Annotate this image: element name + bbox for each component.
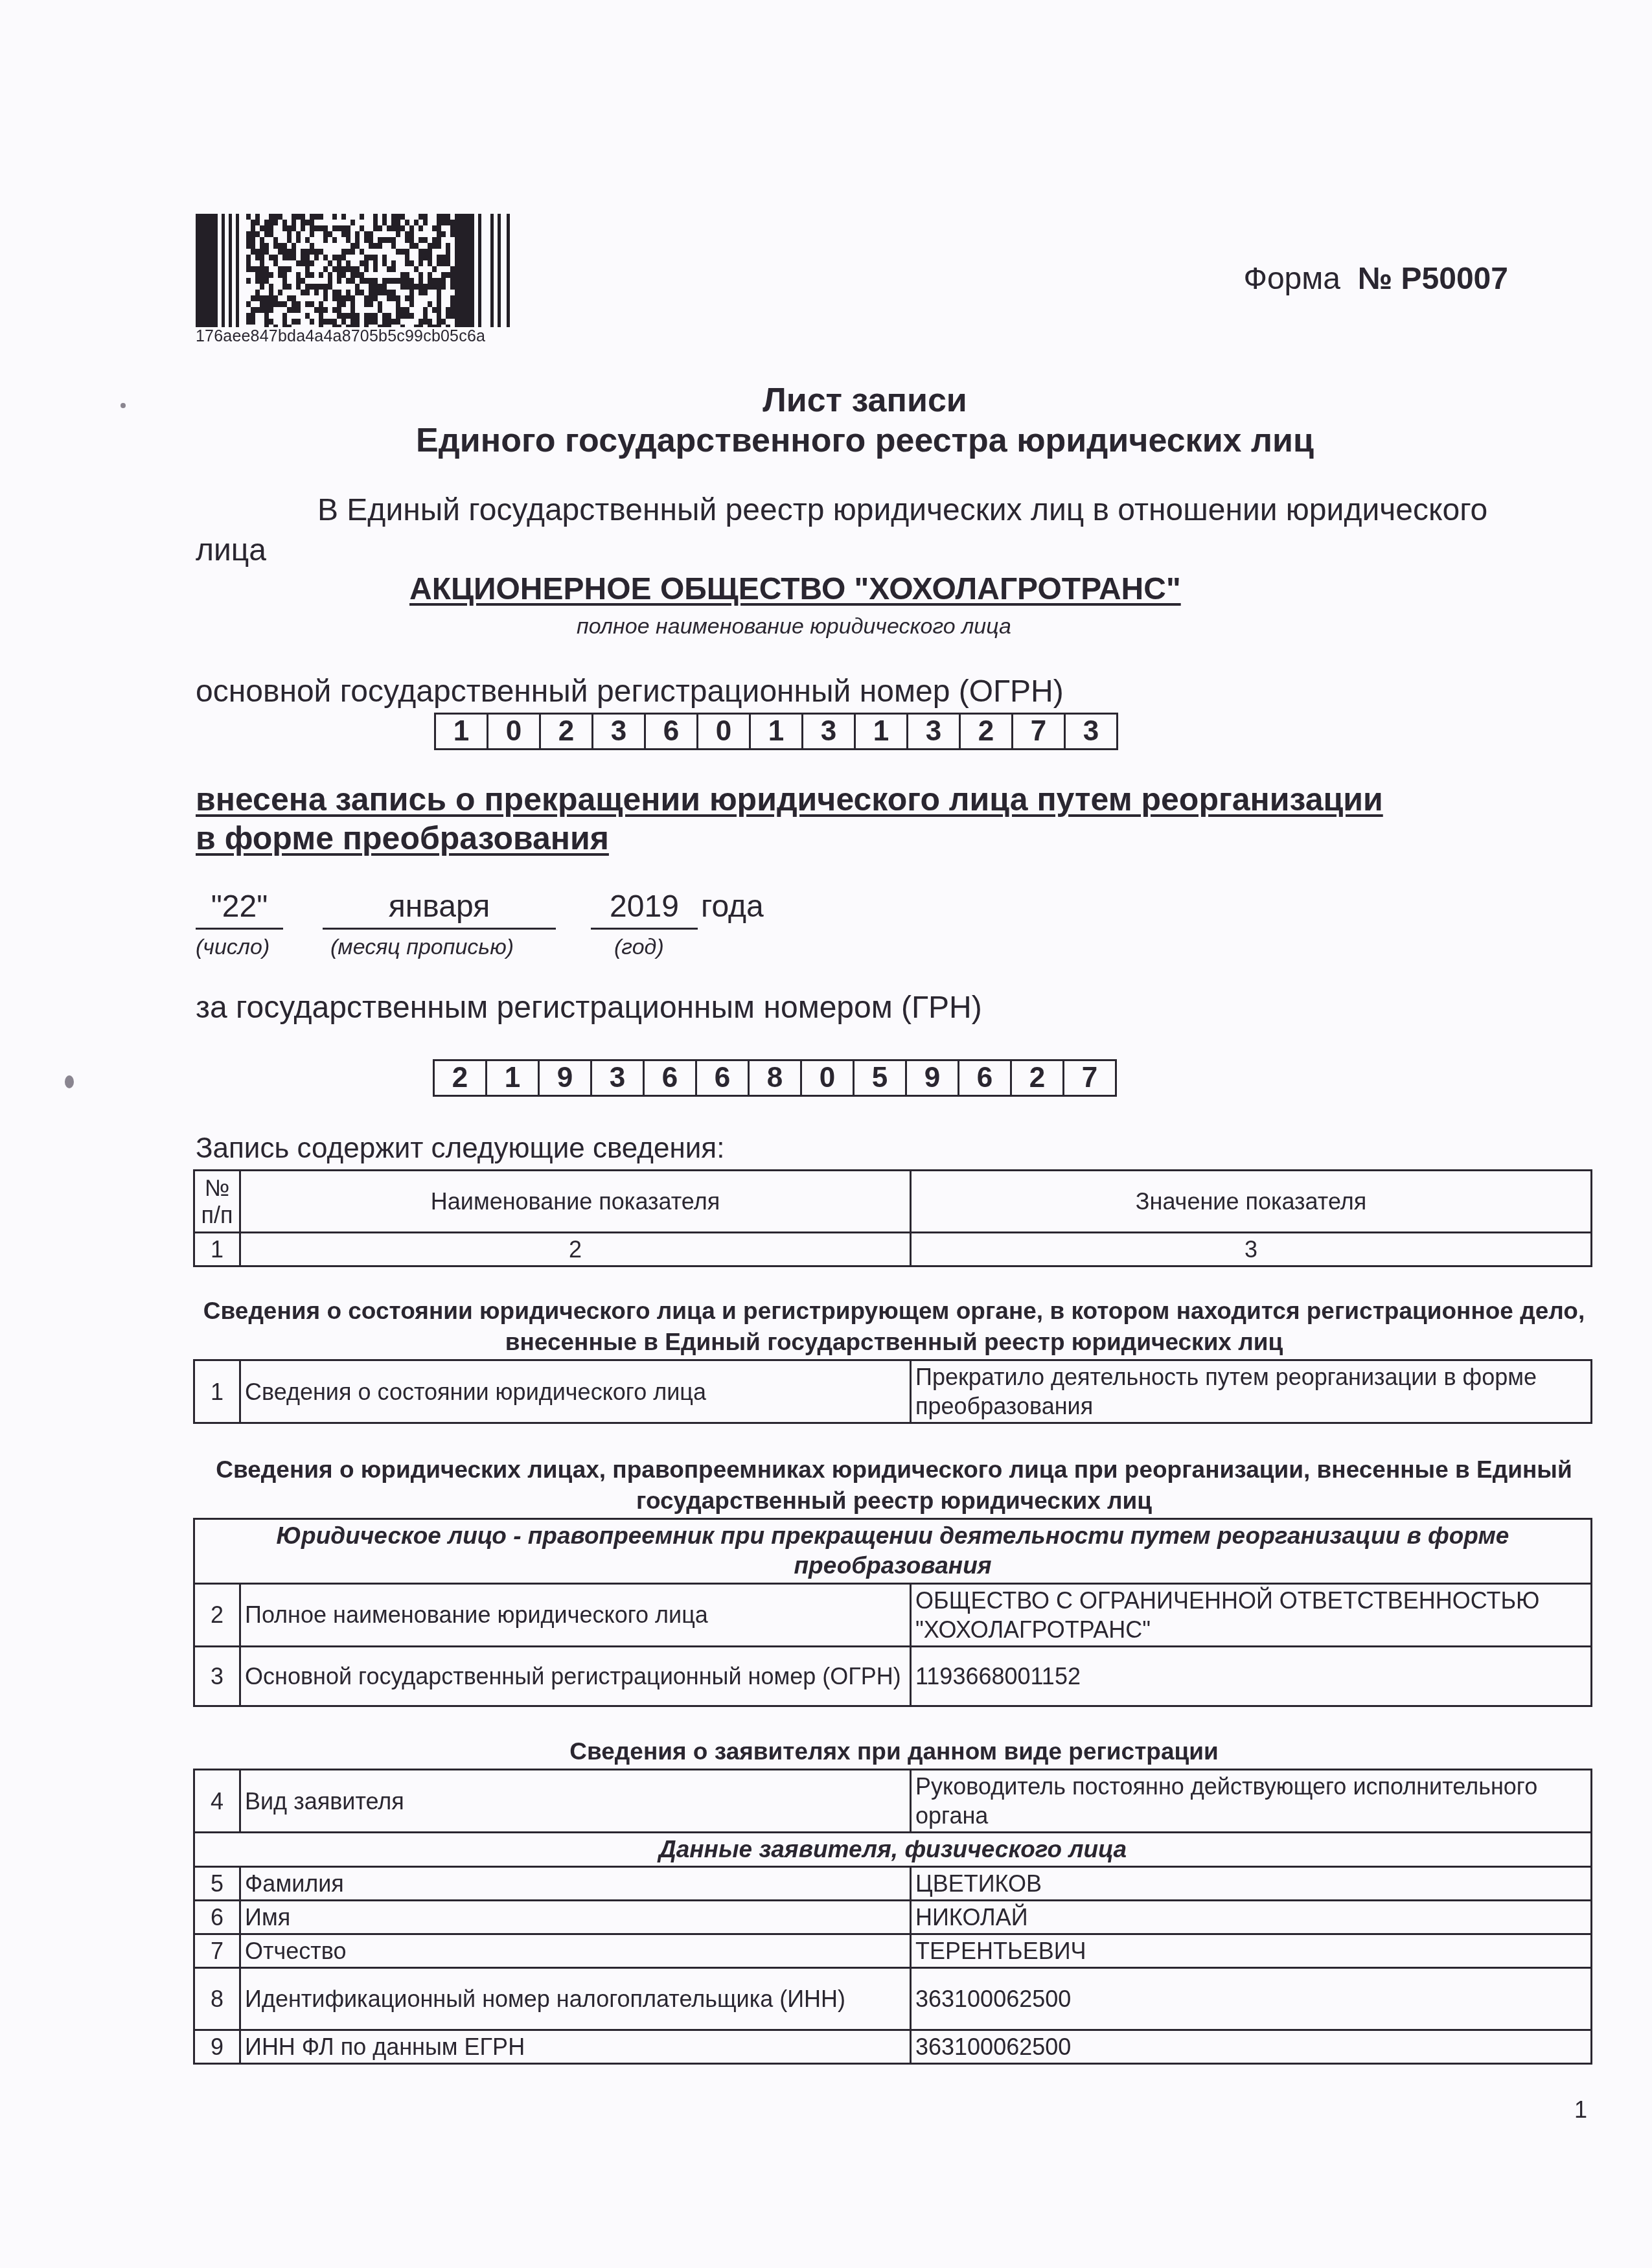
record-statement: внесена запись о прекращении юридическог… — [196, 781, 1383, 818]
grn-digit: 9 — [907, 1061, 959, 1095]
row-name: Сведения о состоянии юридического лица — [240, 1360, 911, 1423]
grn-digit: 9 — [540, 1061, 592, 1095]
table-row: 9 ИНН ФЛ по данным ЕГРН 363100062500 — [194, 2030, 1592, 2064]
table-row: 6 Имя НИКОЛАЙ — [194, 1901, 1592, 1934]
grn-digit: 5 — [855, 1061, 907, 1095]
date-month-caption: (месяц прописью) — [330, 935, 514, 960]
section-successors-table: Юридическое лицо - правопреемник при пре… — [193, 1518, 1592, 1707]
section-title-status: Сведения о состоянии юридического лица и… — [194, 1296, 1594, 1358]
header-index-2: 2 — [240, 1233, 911, 1266]
ogrn-digit: 6 — [646, 715, 698, 748]
section-status-table: 1 Сведения о состоянии юридического лица… — [193, 1359, 1592, 1424]
header-col-number: № п/п — [194, 1171, 240, 1233]
row-number: 9 — [194, 2030, 240, 2064]
grn-label: за государственным регистрационным номер… — [196, 990, 982, 1025]
record-intro: Запись содержит следующие сведения: — [196, 1132, 724, 1165]
record-statement-continued: в форме преобразования — [196, 819, 609, 857]
ogrn-digit-boxes: 1 0 2 3 6 0 1 3 1 3 2 7 3 — [434, 713, 1118, 750]
ogrn-digit: 3 — [908, 715, 961, 748]
section-applicants-table: 4 Вид заявителя Руководитель постоянно д… — [193, 1769, 1592, 2065]
table-row: 1 Сведения о состоянии юридического лица… — [194, 1360, 1592, 1423]
form-number: Форма № Р50007 — [1243, 261, 1508, 297]
applicant-subheader: Данные заявителя, физического лица — [194, 1833, 1592, 1867]
intro-text-continued: лица — [196, 533, 266, 568]
row-value: 1193668001152 — [911, 1646, 1592, 1706]
row-value: ЦВЕТИКОВ — [911, 1867, 1592, 1901]
table-row: 7 Отчество ТЕРЕНТЬЕВИЧ — [194, 1934, 1592, 1968]
row-number: 5 — [194, 1867, 240, 1901]
section-title-successors: Сведения о юридических лицах, правопреем… — [194, 1454, 1594, 1517]
row-name: Имя — [240, 1901, 911, 1934]
ogrn-digit: 7 — [1013, 715, 1066, 748]
row-number: 4 — [194, 1770, 240, 1833]
grn-digit: 8 — [750, 1061, 802, 1095]
form-code: № Р50007 — [1358, 262, 1508, 296]
section-title-applicants: Сведения о заявителях при данном виде ре… — [194, 1736, 1594, 1767]
table-row: 5 Фамилия ЦВЕТИКОВ — [194, 1867, 1592, 1901]
grn-digit: 2 — [435, 1061, 487, 1095]
date-month: января — [323, 889, 556, 930]
grn-digit: 2 — [1012, 1061, 1064, 1095]
row-number: 6 — [194, 1901, 240, 1934]
grn-digit: 1 — [487, 1061, 540, 1095]
table-row: 8 Идентификационный номер налогоплательщ… — [194, 1968, 1592, 2030]
barcode-caption: 176aee847bda4a4a8705b5c99cb05c6a — [196, 327, 485, 346]
pdf417-barcode-icon — [196, 214, 526, 327]
header-col-name: Наименование показателя — [240, 1171, 911, 1233]
grn-digit: 3 — [592, 1061, 645, 1095]
date-suffix: года — [701, 889, 764, 924]
row-number: 8 — [194, 1968, 240, 2030]
ogrn-digit: 2 — [541, 715, 593, 748]
document-subtitle: Единого государственного реестра юридиче… — [39, 421, 1652, 460]
document-title: Лист записи — [39, 381, 1652, 420]
ogrn-digit: 1 — [436, 715, 488, 748]
row-number: 7 — [194, 1934, 240, 1968]
row-name: Фамилия — [240, 1867, 911, 1901]
date-day-caption: (число) — [196, 935, 270, 960]
row-value: 363100062500 — [911, 1968, 1592, 2030]
row-name: Идентификационный номер налогоплательщик… — [240, 1968, 911, 2030]
row-value: ОБЩЕСТВО С ОГРАНИЧЕННОЙ ОТВЕТСТВЕННОСТЬЮ… — [911, 1583, 1592, 1646]
row-number: 3 — [194, 1646, 240, 1706]
row-number: 2 — [194, 1583, 240, 1646]
row-value: 363100062500 — [911, 2030, 1592, 2064]
grn-digit: 6 — [959, 1061, 1012, 1095]
row-value: Прекратило деятельность путем реорганиза… — [911, 1360, 1592, 1423]
row-name: Вид заявителя — [240, 1770, 911, 1833]
grn-digit: 6 — [645, 1061, 697, 1095]
records-table-header: № п/п Наименование показателя Значение п… — [193, 1169, 1592, 1267]
header-index-3: 3 — [911, 1233, 1592, 1266]
row-name: Отчество — [240, 1934, 911, 1968]
company-name-caption: полное наименование юридического лица — [577, 614, 1011, 639]
date-year-caption: (год) — [614, 935, 664, 960]
ogrn-digit: 3 — [593, 715, 646, 748]
header-index-1: 1 — [194, 1233, 240, 1266]
grn-digit-boxes: 2 1 9 3 6 6 8 0 5 9 6 2 7 — [433, 1059, 1117, 1097]
table-row: 4 Вид заявителя Руководитель постоянно д… — [194, 1770, 1592, 1833]
company-full-name: АКЦИОНЕРНОЕ ОБЩЕСТВО "ХОХОЛАГРОТРАНС" — [409, 571, 1181, 607]
row-value: ТЕРЕНТЬЕВИЧ — [911, 1934, 1592, 1968]
ogrn-digit: 0 — [698, 715, 751, 748]
ogrn-digit: 2 — [961, 715, 1013, 748]
grn-digit: 7 — [1064, 1061, 1117, 1095]
ogrn-label: основной государственный регистрационный… — [196, 674, 1064, 709]
row-name: ИНН ФЛ по данным ЕГРН — [240, 2030, 911, 2064]
row-name: Полное наименование юридического лица — [240, 1583, 911, 1646]
intro-text: В Единый государственный реестр юридичес… — [317, 492, 1487, 528]
grn-digit: 0 — [802, 1061, 855, 1095]
date-year: 2019 — [591, 889, 698, 930]
row-number: 1 — [194, 1360, 240, 1423]
ogrn-digit: 0 — [488, 715, 541, 748]
form-label: Форма — [1243, 262, 1340, 296]
page-number: 1 — [1574, 2096, 1587, 2124]
header-col-value: Значение показателя — [911, 1171, 1592, 1233]
scan-speck — [65, 1075, 74, 1088]
row-value: Руководитель постоянно действующего испо… — [911, 1770, 1592, 1833]
table-row: 3 Основной государственный регистрационн… — [194, 1646, 1592, 1706]
ogrn-digit: 3 — [803, 715, 856, 748]
scan-speck — [120, 403, 126, 408]
row-name: Основной государственный регистрационный… — [240, 1646, 911, 1706]
grn-digit: 6 — [697, 1061, 750, 1095]
successor-subheader: Юридическое лицо - правопреемник при пре… — [194, 1519, 1592, 1584]
ogrn-digit: 3 — [1066, 715, 1118, 748]
date-day: "22" — [196, 889, 283, 930]
ogrn-digit: 1 — [856, 715, 908, 748]
table-row: 2 Полное наименование юридического лица … — [194, 1583, 1592, 1646]
row-value: НИКОЛАЙ — [911, 1901, 1592, 1934]
ogrn-digit: 1 — [751, 715, 803, 748]
